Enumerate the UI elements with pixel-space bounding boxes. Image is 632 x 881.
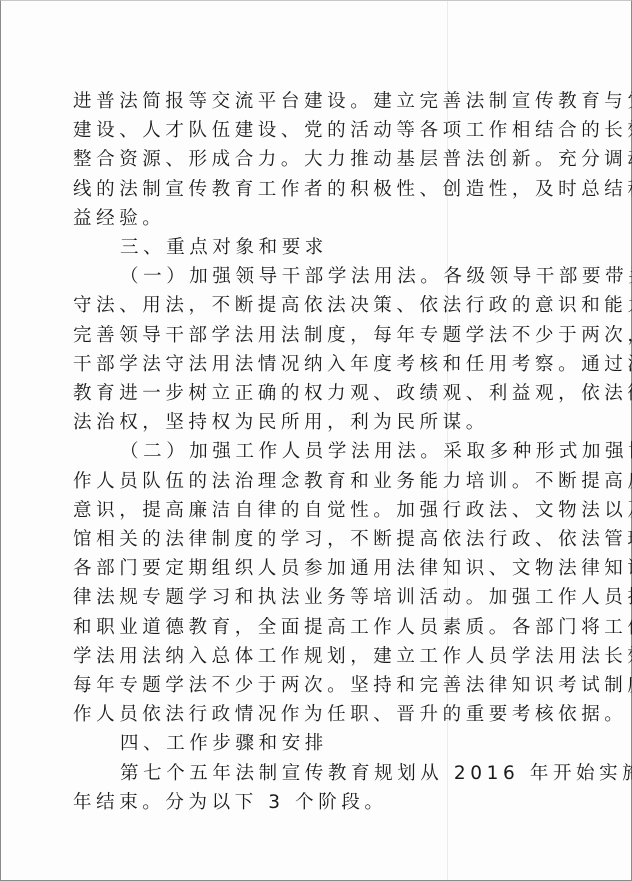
text-line: 馆相关的法律制度的学习，不断提高依法行政、依法管理的能力。 xyxy=(73,525,553,554)
text-line: 作人员依法行政情况作为任职、晋升的重要考核依据。 xyxy=(73,700,553,729)
text-line: 教育进一步树立正确的权力观、政绩观、利益观，依法律己、依 xyxy=(73,379,553,408)
text-line: 每年专题学法不少于两次。坚持和完善法律知识考试制度，将工 xyxy=(73,671,553,700)
text-line: 作人员队伍的法治理念教育和业务能力培训。不断提高反腐倡廉 xyxy=(73,467,553,496)
section-heading-4: 四、工作步骤和安排 xyxy=(73,729,553,758)
paragraph-staff-study-law: （二）加强工作人员学法用法。采取多种形式加强博物馆工 作人员队伍的法治理念教育和… xyxy=(73,437,553,729)
text-line: 法治权，坚持权为民所用，利为民所谋。 xyxy=(73,408,553,437)
text-line: 进普法简报等交流平台建设。建立完善法制宣传教育与党风廉政 xyxy=(73,87,553,116)
document-body: 进普法简报等交流平台建设。建立完善法制宣传教育与党风廉政 建设、人才队伍建设、党… xyxy=(73,87,553,817)
heading-text: 四、工作步骤和安排 xyxy=(73,729,553,758)
section-heading-3: 三、重点对象和要求 xyxy=(73,233,553,262)
heading-text: 三、重点对象和要求 xyxy=(73,233,553,262)
text-line: 年结束。分为以下 3 个阶段。 xyxy=(73,788,553,817)
text-line: 线的法制宣传教育工作者的积极性、创造性，及时总结和推广有 xyxy=(73,175,553,204)
paragraph-publicity-mechanism: 进普法简报等交流平台建设。建立完善法制宣传教育与党风廉政 建设、人才队伍建设、党… xyxy=(73,87,553,233)
text-line: 意识，提高廉洁自律的自觉性。加强行政法、文物法以及与博物 xyxy=(73,496,553,525)
text-line: 和职业道德教育，全面提高工作人员素质。各部门将工作人员的 xyxy=(73,613,553,642)
text-line: 律法规专题学习和执法业务等培训活动。加强工作人员执法纪律 xyxy=(73,583,553,612)
text-line: 建设、人才队伍建设、党的活动等各项工作相结合的长效机制， xyxy=(73,116,553,145)
text-line: （一）加强领导干部学法用法。各级领导干部要带头学法、 xyxy=(73,262,553,291)
text-line: （二）加强工作人员学法用法。采取多种形式加强博物馆工 xyxy=(73,437,553,466)
paragraph-leaders-study-law: （一）加强领导干部学法用法。各级领导干部要带头学法、 守法、用法，不断提高依法决… xyxy=(73,262,553,437)
text-line: 益经验。 xyxy=(73,204,553,233)
text-line: 第七个五年法制宣传教育规划从 2016 年开始实施，到 2020 xyxy=(73,759,553,788)
scanned-page: 进普法简报等交流平台建设。建立完善法制宣传教育与党风廉政 建设、人才队伍建设、党… xyxy=(0,0,632,881)
text-line: 各部门要定期组织人员参加通用法律知识、文物法律知识、新法 xyxy=(73,554,553,583)
text-line: 学法用法纳入总体工作规划，建立工作人员学法用法长效机制， xyxy=(73,642,553,671)
paragraph-five-year-plan: 第七个五年法制宣传教育规划从 2016 年开始实施，到 2020 年结束。分为以… xyxy=(73,759,553,817)
text-line: 整合资源、形成合力。大力推动基层普法创新。充分调动基层一 xyxy=(73,145,553,174)
text-line: 完善领导干部学法用法制度，每年专题学法不少于两次，把领导 xyxy=(73,321,553,350)
text-line: 守法、用法，不断提高依法决策、依法行政的意识和能力。建立 xyxy=(73,291,553,320)
text-line: 干部学法守法用法情况纳入年度考核和任用考察。通过法制宣传 xyxy=(73,350,553,379)
